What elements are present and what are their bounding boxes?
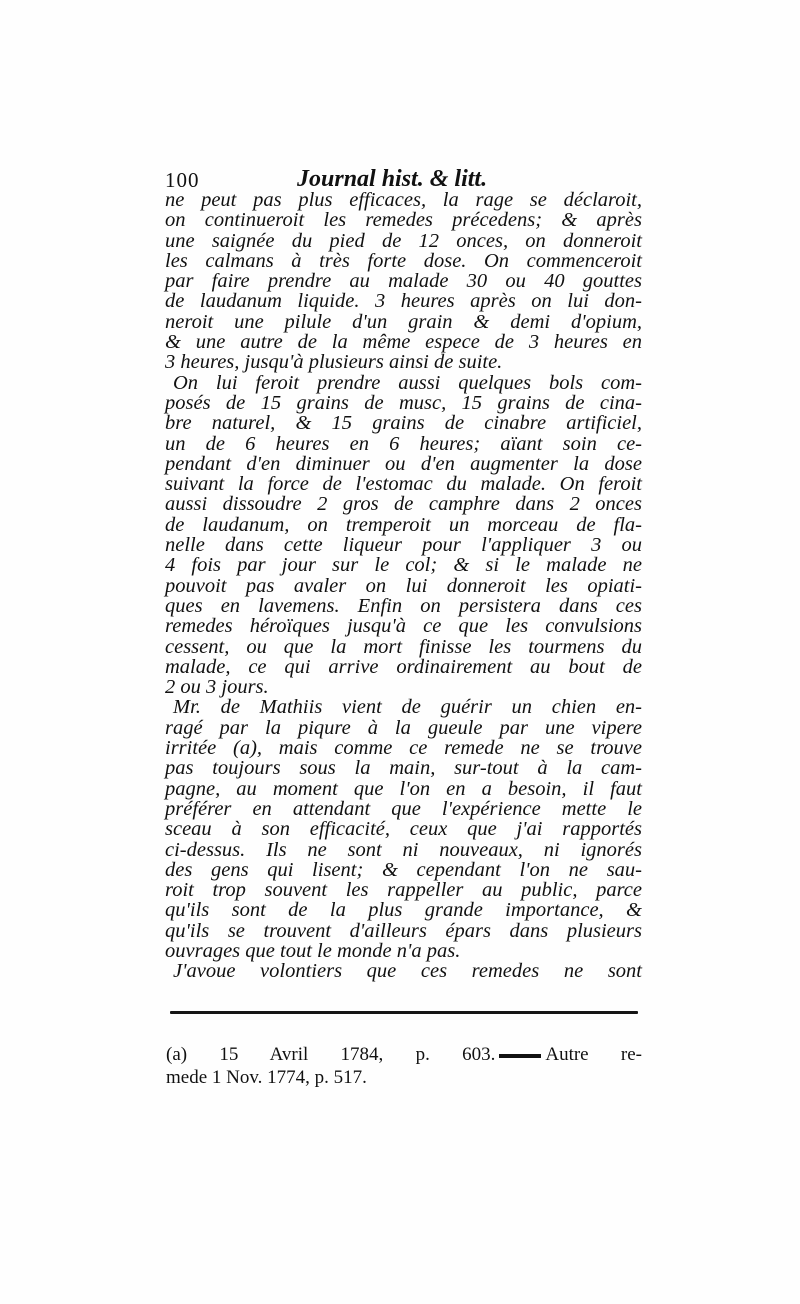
text-line: ouvrages que tout le monde n'a pas. — [165, 941, 642, 961]
text-line: 3 heures, jusqu'à plusieurs ainsi de sui… — [165, 352, 642, 372]
text-line: aussi dissoudre 2 gros de camphre dans 2… — [165, 494, 642, 514]
text-line: pendant d'en diminuer ou d'en augmenter … — [165, 454, 642, 474]
text-line: ques en lavemens. Enfin on persistera da… — [165, 596, 642, 616]
text-line: neroit une pilule d'un grain & demi d'op… — [165, 312, 642, 332]
text-line: de laudanum liquide. 3 heures après on l… — [165, 291, 642, 311]
text-line: Mr. de Mathiis vient de guérir un chien … — [165, 697, 642, 717]
text-line: roit trop souvent les rappeller au publi… — [165, 880, 642, 900]
text-line: remedes héroïques jusqu'à ce que les con… — [165, 616, 642, 636]
footnote-line: mede 1 Nov. 1774, p. 517. — [166, 1066, 642, 1089]
text-line: suivant la force de l'estomac du malade.… — [165, 474, 642, 494]
text-line: préférer en attendant que l'expérience m… — [165, 799, 642, 819]
text-line: bre naturel, & 15 grains de cinabre arti… — [165, 413, 642, 433]
text-line: malade, ce qui arrive ordinairement au b… — [165, 657, 642, 677]
text-line: les calmans à très forte dose. On commen… — [165, 251, 642, 271]
book-page: 100 Journal hist. & litt. ne peut pas pl… — [0, 0, 800, 1304]
text-line: ne peut pas plus efficaces, la rage se d… — [165, 190, 642, 210]
text-line: ci-dessus. Ils ne sont ni nouveaux, ni i… — [165, 840, 642, 860]
text-line: sceau à son efficacité, ceux que j'ai ra… — [165, 819, 642, 839]
text-line: 2 ou 3 jours. — [165, 677, 642, 697]
text-line: posés de 15 grains de musc, 15 grains de… — [165, 393, 642, 413]
footnote-rule — [170, 1011, 638, 1014]
text-line: On lui feroit prendre aussi quelques bol… — [165, 373, 642, 393]
text-line: un de 6 heures en 6 heures; aïant soin c… — [165, 434, 642, 454]
text-line: de laudanum, on tremperoit un morceau de… — [165, 515, 642, 535]
text-line: une saignée du pied de 12 onces, on donn… — [165, 231, 642, 251]
footnotes: (a) 15 Avril 1784, p. 603.Autre re- mede… — [166, 1043, 642, 1089]
footnote-continuation: Autre re- — [545, 1044, 642, 1065]
text-line: nelle dans cette liqueur pour l'applique… — [165, 535, 642, 555]
text-line: irritée (a), mais comme ce remede ne se … — [165, 738, 642, 758]
text-line: & une autre de la même espece de 3 heure… — [165, 332, 642, 352]
text-line: ragé par la piqure à la gueule par une v… — [165, 718, 642, 738]
body-text: ne peut pas plus efficaces, la rage se d… — [165, 190, 642, 982]
footnote-citation: (a) 15 Avril 1784, p. 603. — [166, 1044, 495, 1065]
text-line: qu'ils sont de la plus grande importance… — [165, 900, 642, 920]
text-line: par faire prendre au malade 30 ou 40 gou… — [165, 271, 642, 291]
text-line: pagne, au moment que l'on en a besoin, i… — [165, 779, 642, 799]
text-line: des gens qui lisent; & cependant l'on ne… — [165, 860, 642, 880]
text-line: cessent, ou que la mort finisse les tour… — [165, 637, 642, 657]
text-line: qu'ils se trouvent d'ailleurs épars dans… — [165, 921, 642, 941]
footnote-line: (a) 15 Avril 1784, p. 603.Autre re- — [166, 1043, 642, 1066]
text-line: pas toujours sous la main, sur-tout à la… — [165, 758, 642, 778]
text-line: J'avoue volontiers que ces remedes ne so… — [165, 961, 642, 981]
text-line: pouvoit pas avaler on lui donneroit les … — [165, 576, 642, 596]
text-line: 4 fois par jour sur le col; & si le mala… — [165, 555, 642, 575]
em-dash-rule — [499, 1054, 541, 1058]
text-line: on continueroit les remedes précedens; &… — [165, 210, 642, 230]
